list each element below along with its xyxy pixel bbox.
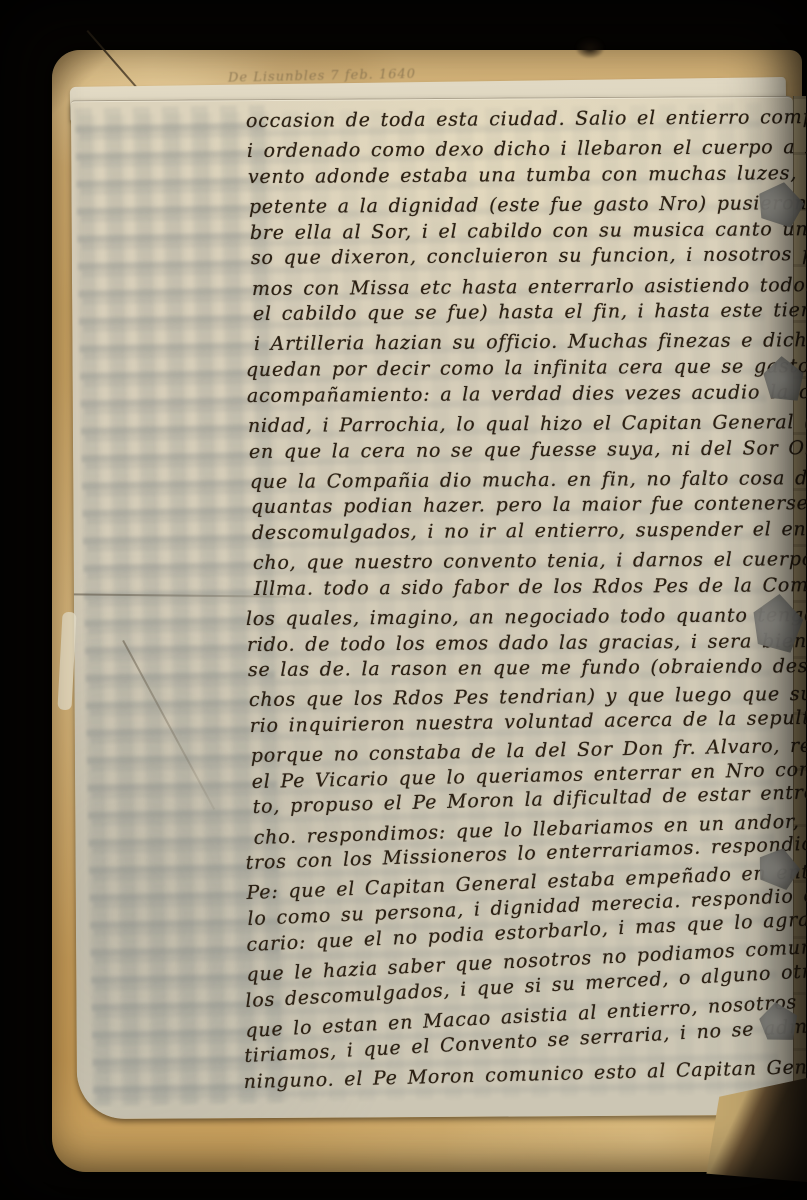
diagonal-crease: [122, 640, 215, 810]
photographed-manuscript-page: De Lisunbles 7 feb. 1640 occasion de tod…: [0, 0, 807, 1200]
show-through-text-left: [75, 105, 283, 1106]
horizontal-crease: [74, 593, 286, 597]
leaf-edges-strip: [793, 96, 806, 1112]
ink-stain: [576, 38, 604, 58]
paper-sheet: [71, 96, 799, 1119]
show-through-text: [79, 103, 779, 1105]
